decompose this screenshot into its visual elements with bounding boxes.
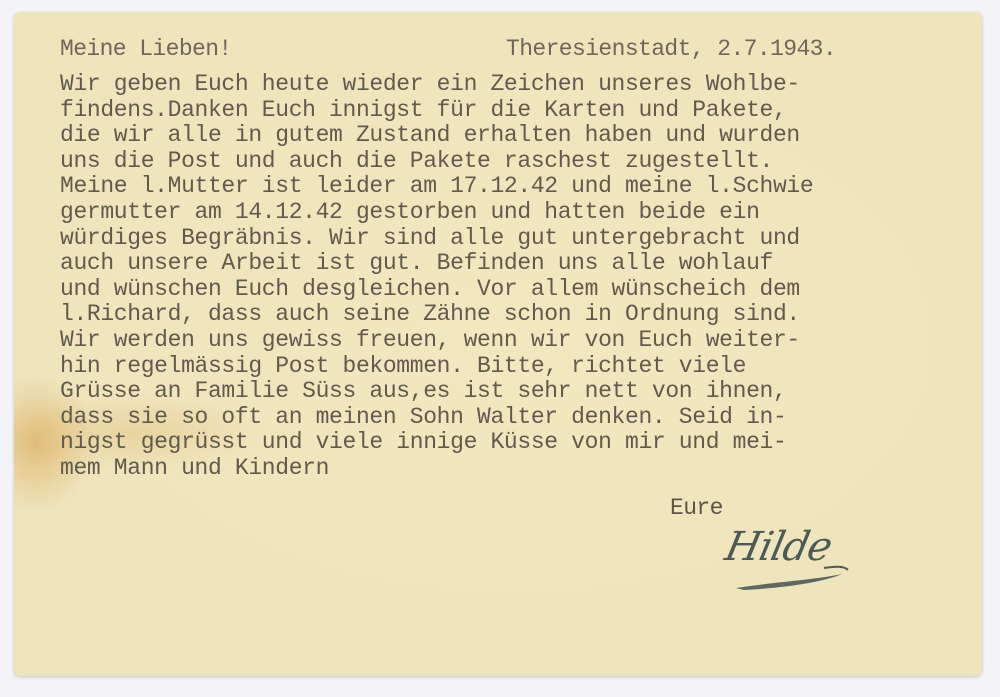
body-line: nigst gegrüsst und viele innige Küsse vo… [60,430,813,456]
closing: Eure [670,497,723,520]
body-line: dass sie so oft an meinen Sohn Walter de… [60,405,813,431]
body-line: Meine l.Mutter ist leider am 17.12.42 un… [60,174,813,200]
body-line: Wir geben Euch heute wieder ein Zeichen … [60,72,813,98]
body-line: Grüsse an Familie Süss aus,es ist sehr n… [60,379,813,405]
body-line: hin regelmässig Post bekommen. Bitte, ri… [60,354,813,380]
handwritten-signature: Hilde [714,522,864,602]
body-line: würdiges Begräbnis. Wir sind alle gut un… [60,226,813,252]
body-line: germutter am 14.12.42 gestorben und hatt… [60,200,813,226]
body-line: uns die Post und auch die Pakete rasches… [60,149,813,175]
body-line: und wünschen Euch desgleichen. Vor allem… [60,277,813,303]
signature-underline-icon [714,522,864,602]
body-line: auch unsere Arbeit ist gut. Befinden uns… [60,251,813,277]
place-date: Theresienstadt, 2.7.1943. [506,38,836,61]
body-line: mem Mann und Kindern [60,456,813,482]
body-line: l.Richard, dass auch seine Zähne schon i… [60,302,813,328]
postcard: Meine Lieben! Theresienstadt, 2.7.1943. … [14,12,982,676]
body-line: findens.Danken Euch innigst für die Kart… [60,98,813,124]
letter-body: Wir geben Euch heute wieder ein Zeichen … [60,72,813,482]
body-line: Wir werden uns gewiss freuen, wenn wir v… [60,328,813,354]
body-line: die wir alle in gutem Zustand erhalten h… [60,123,813,149]
greeting: Meine Lieben! [60,38,232,61]
